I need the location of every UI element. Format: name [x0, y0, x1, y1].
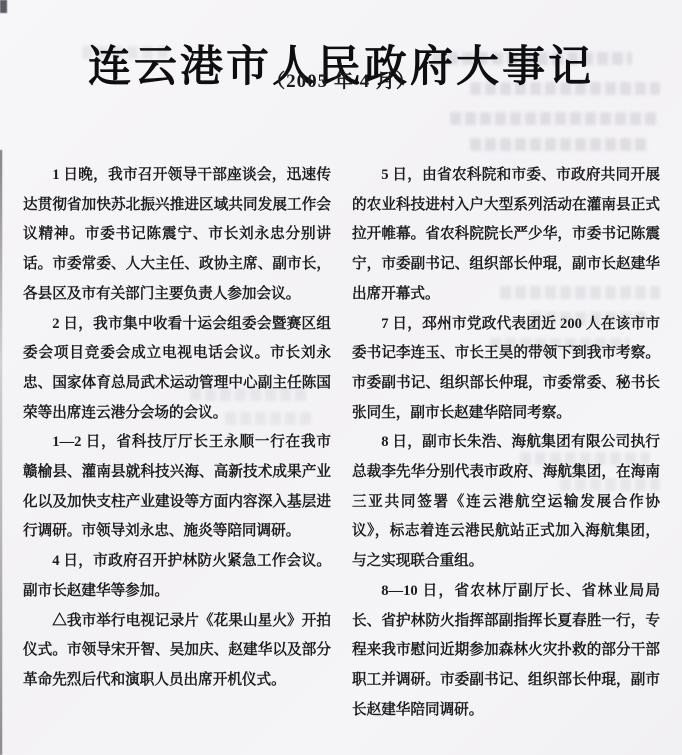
page-subtitle: （2005 年 4 月） — [0, 66, 682, 93]
scan-edge-artifact — [0, 150, 2, 755]
entry-paragraph: △我市举行电视记录片《花果山星火》开拍仪式。市领导宋开智、吴加庆、赵建华以及部分… — [23, 607, 331, 696]
entry-paragraph: 2 日，我市集中收看十运会组委会暨赛区组委会项目竞委会成立电视电话会议。市长刘永… — [23, 310, 331, 429]
scan-corner-artifact — [0, 0, 7, 13]
entry-paragraph: 1 日晚，我市召开领导干部座谈会，迅速传达贯彻省加快苏北振兴推进区域共同发展工作… — [23, 161, 331, 310]
entry-paragraph: 7 日，邳州市党政代表团近 200 人在该市市委书记李连玉、市长王昊的带领下到我… — [352, 310, 660, 429]
article-body: 1 日晚，我市召开领导干部座谈会，迅速传达贯彻省加快苏北振兴推进区域共同发展工作… — [23, 161, 660, 755]
entry-paragraph: 8—10 日，省农林厅副厅长、省林业局局长、省护林防火指挥部副指挥长夏春胜一行，… — [352, 577, 660, 726]
bleed-through-artifact — [450, 112, 660, 125]
entry-paragraph: 1—2 日，省科技厅厅长王永顺一行在我市赣榆县、灌南县就科技兴海、高新技术成果产… — [23, 428, 331, 547]
bleed-through-artifact — [470, 138, 650, 151]
entry-paragraph: 5 日，由省农科院和市委、市政府共同开展的农业科技进村入户大型系列活动在灌南县正… — [352, 161, 660, 310]
entry-paragraph: 8 日，副市长朱浩、海航集团有限公司执行总裁李先华分别代表市政府、海航集团，在海… — [352, 428, 660, 577]
document-page: 连云港市人民政府大事记 （2005 年 4 月） 1 日晚，我市召开领导干部座谈… — [0, 0, 682, 755]
entry-paragraph: 4 日，市政府召开护林防火紧急工作会议。副市长赵建华等参加。 — [23, 547, 331, 606]
